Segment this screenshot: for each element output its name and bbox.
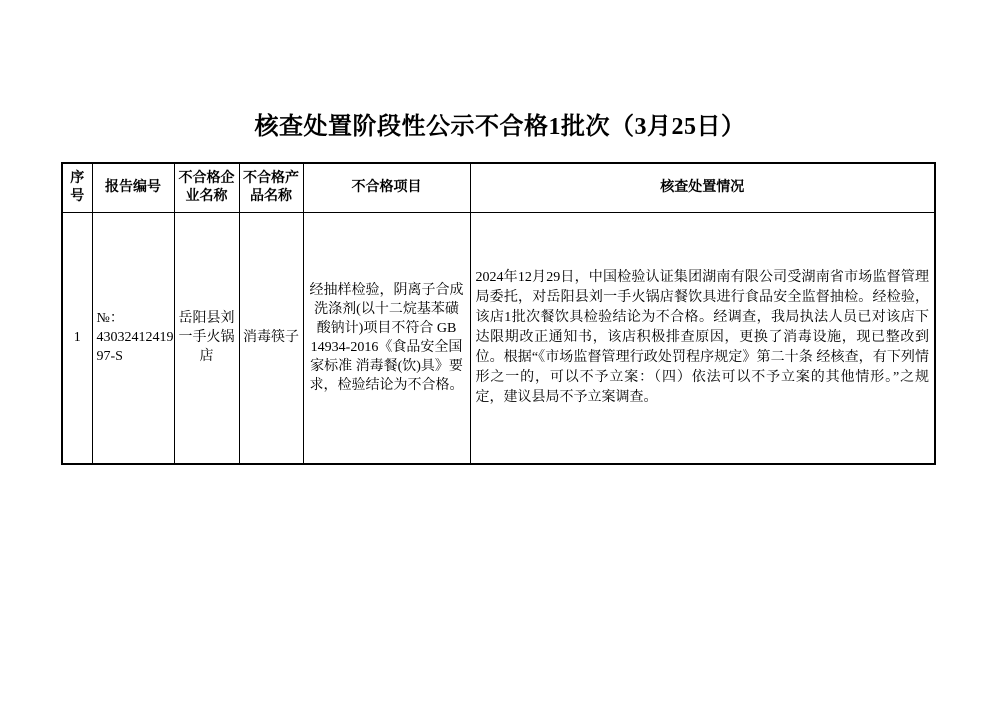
report-no-line-3: 97-S xyxy=(97,347,170,366)
noncompliance-table: 序号 报告编号 不合格企业名称 不合格产品名称 不合格项目 核查处置情况 1 №… xyxy=(61,162,936,465)
cell-disposal: 2024年12月29日，中国检验认证集团湖南有限公司受湖南省市场监督管理局委托，… xyxy=(470,212,935,464)
table-header-row: 序号 报告编号 不合格企业名称 不合格产品名称 不合格项目 核查处置情况 xyxy=(62,163,935,212)
page-title: 核查处置阶段性公示不合格1批次（3月25日） xyxy=(0,106,1000,141)
cell-rejected-item: 经抽样检验，阴离子合成洗涤剂(以十二烷基苯磺酸钠计)项目不符合 GB 14934… xyxy=(303,212,470,464)
report-no-line-2: 43032412419 xyxy=(97,328,170,347)
header-enterprise: 不合格企业名称 xyxy=(174,163,239,212)
report-no-line-1: №： xyxy=(97,309,170,328)
cell-report-no: №： 43032412419 97-S xyxy=(92,212,174,464)
cell-enterprise: 岳阳县刘一手火锅店 xyxy=(174,212,239,464)
header-disposal: 核查处置情况 xyxy=(470,163,935,212)
header-product: 不合格产品名称 xyxy=(239,163,303,212)
header-rejected-item: 不合格项目 xyxy=(303,163,470,212)
cell-product: 消毒筷子 xyxy=(239,212,303,464)
header-seq: 序号 xyxy=(62,163,92,212)
cell-seq: 1 xyxy=(62,212,92,464)
document-page: 核查处置阶段性公示不合格1批次（3月25日） 序号 报告编号 不合格企业名称 不… xyxy=(0,0,1000,706)
table-row: 1 №： 43032412419 97-S 岳阳县刘一手火锅店 消毒筷子 经抽样… xyxy=(62,212,935,464)
header-report-no: 报告编号 xyxy=(92,163,174,212)
